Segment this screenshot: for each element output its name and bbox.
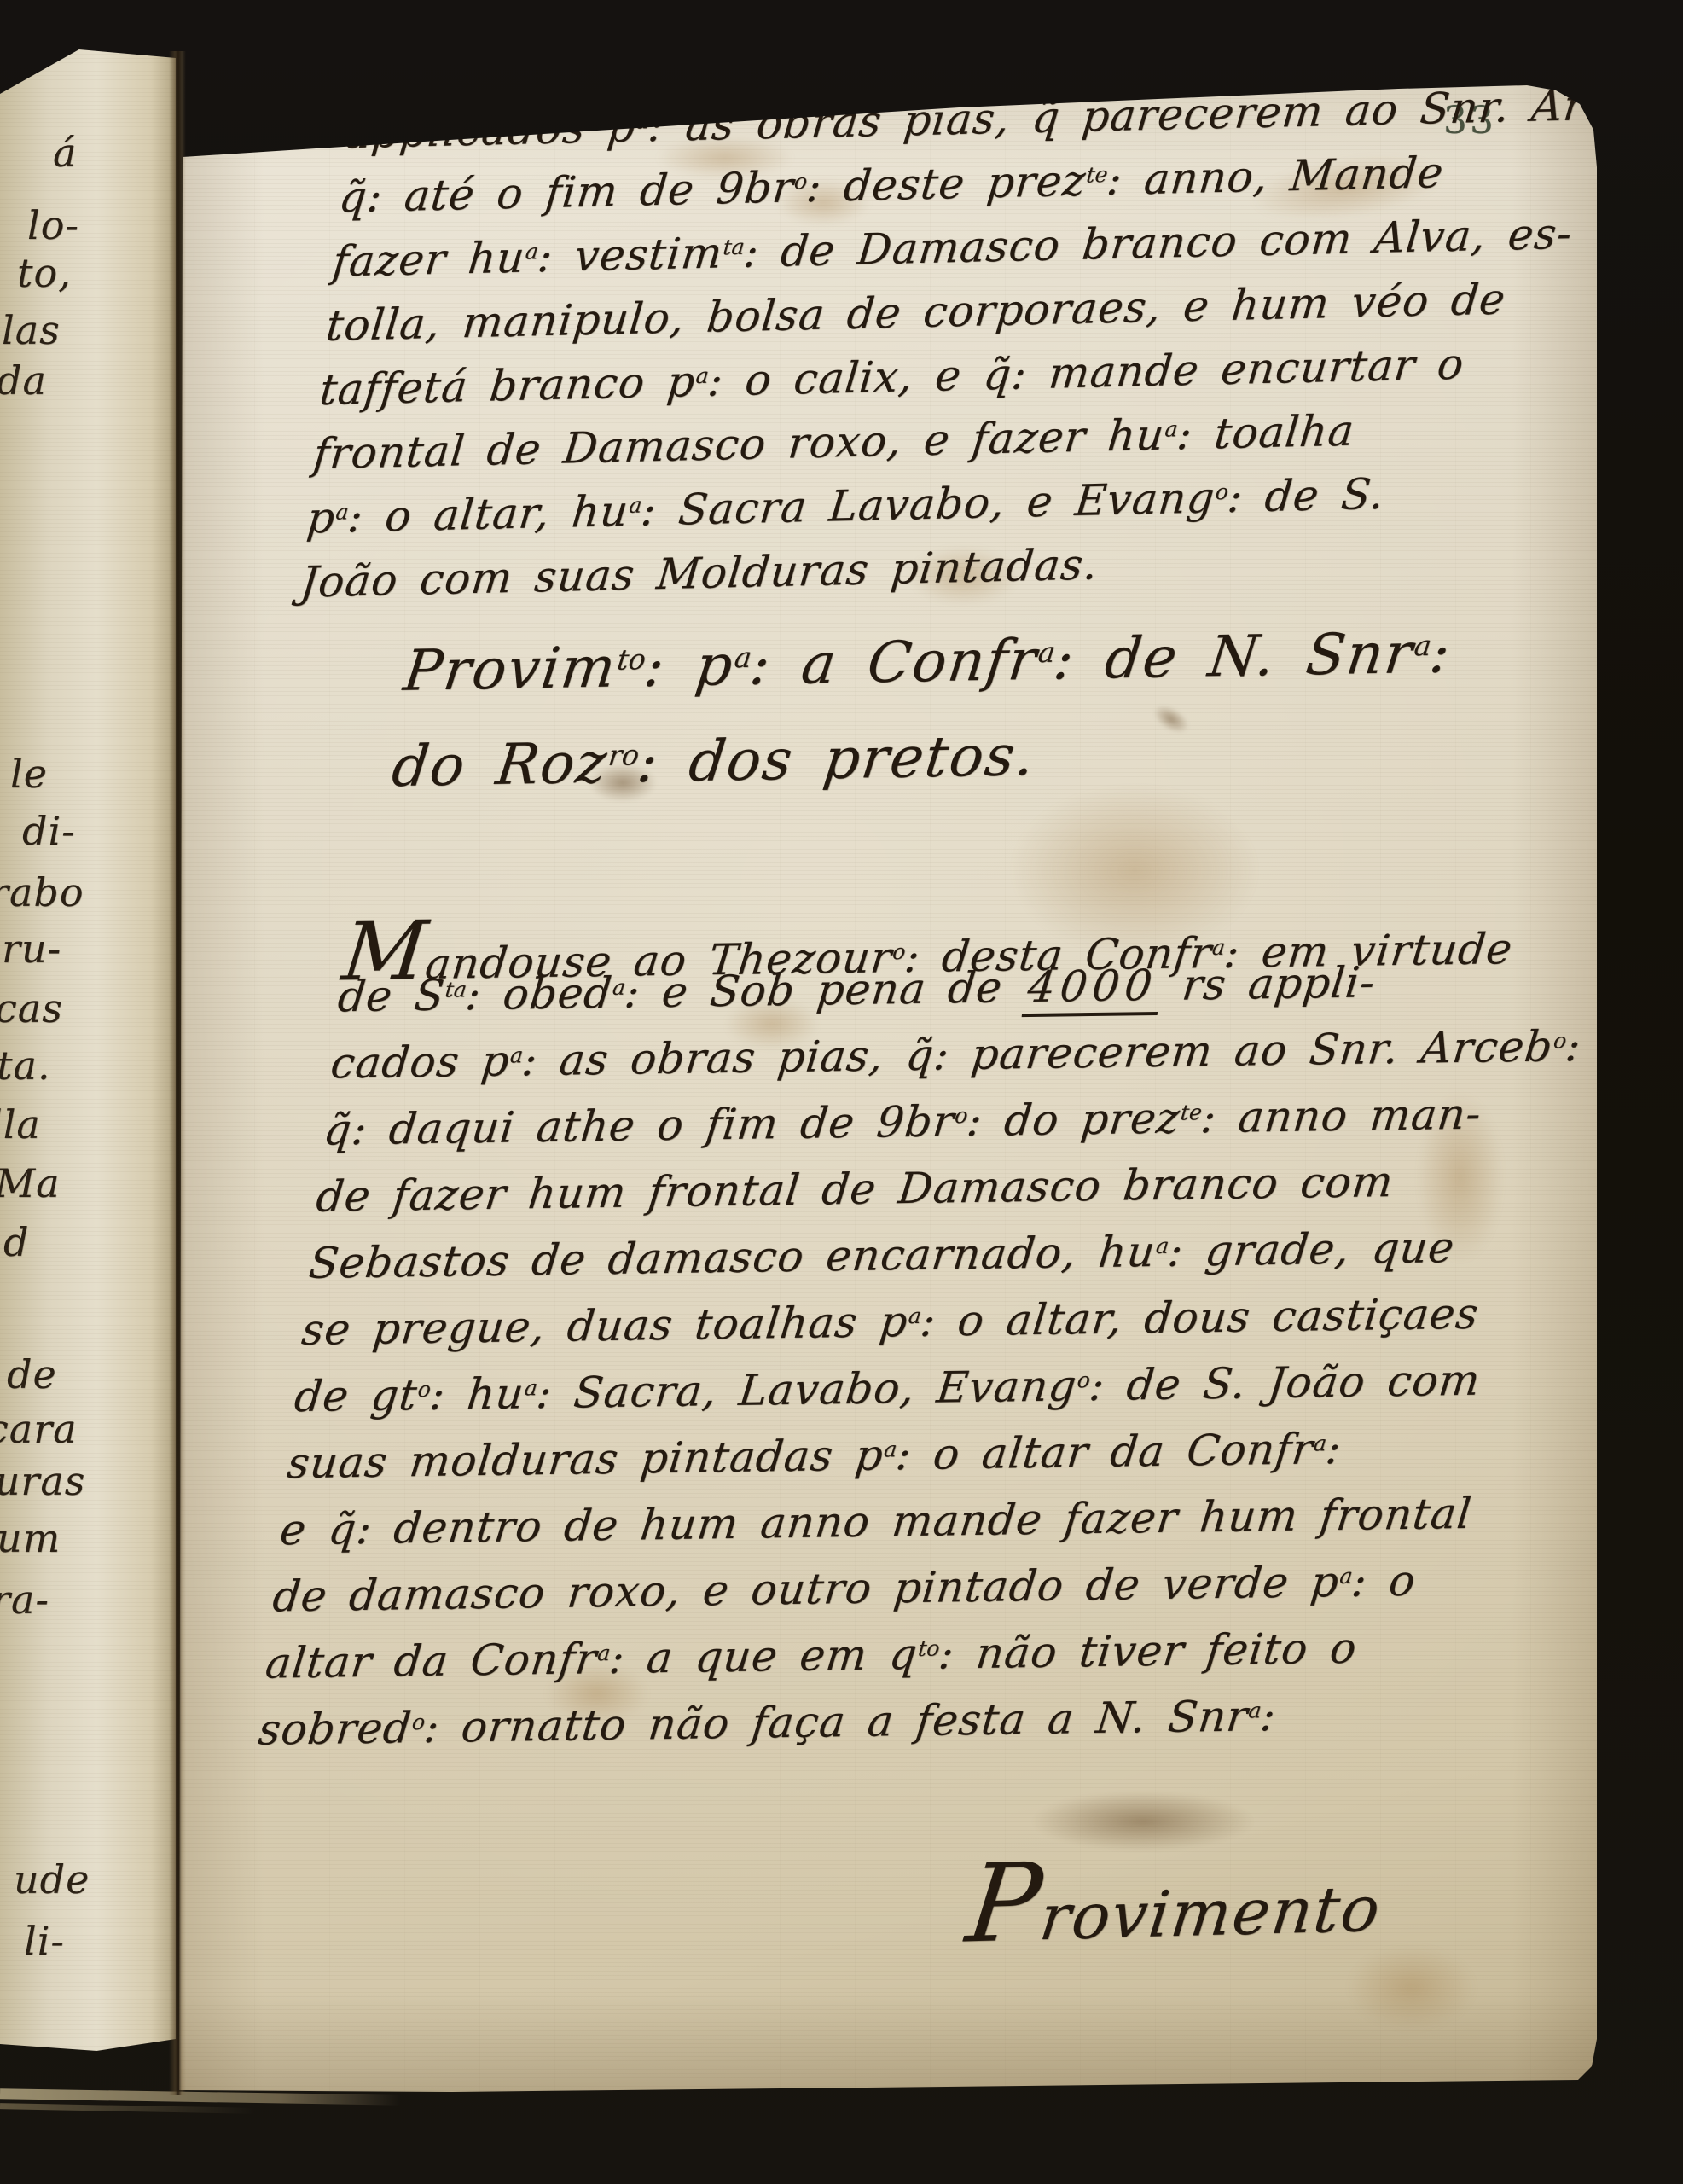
stain: [1348, 1945, 1476, 2030]
previous-page-edge: á lo- to, las da le di- rabo ru- cas ta.…: [0, 49, 176, 2099]
left-page-text-fragment: Ma: [0, 1160, 61, 1206]
heading-line: Provimto: pa: a Confra: de N. Snra:: [397, 619, 1455, 734]
page-stack-edge: [0, 2088, 401, 2105]
left-page-text-fragment: li-: [24, 1918, 65, 1964]
left-page-text-fragment: le: [10, 751, 48, 797]
text-line: Mandouse ao Thezouro: desta Confra: em v…: [341, 888, 1599, 973]
left-page-text-fragment: luras: [0, 1458, 85, 1504]
left-page-text-fragment: cas: [0, 985, 63, 1031]
left-page-text-fragment: um: [0, 1515, 61, 1561]
left-page-text-fragment: lla: [0, 1101, 41, 1147]
left-page-text-fragment: da: [0, 357, 47, 404]
left-page-text-fragment: de: [7, 1351, 57, 1397]
left-page-text-fragment: las: [2, 307, 61, 353]
left-page-text-fragment: ta.: [0, 1043, 51, 1089]
page-stack-edge: [0, 2103, 256, 2114]
penalty-amount: 4000: [1021, 961, 1163, 1017]
penalty-prefix: de Sta: obeda: e Sob pena de: [335, 962, 1027, 1021]
paragraph-2: Mandouse ao Thezouro: desta Confra: em v…: [254, 888, 1599, 1772]
manuscript-page: 33 applicados pa: as obras pias, q̃ pare…: [179, 85, 1597, 2092]
left-page-text-fragment: d: [3, 1219, 29, 1265]
left-page-text-fragment: rabo: [0, 869, 84, 915]
section-heading: Provimto: pa: a Confra: de N. Snra: do R…: [385, 619, 1455, 829]
photo-background: á lo- to, las da le di- rabo ru- cas ta.…: [0, 0, 1683, 2184]
paragraph-1: applicados pa: as obras pias, q̃ parecer…: [297, 78, 1679, 622]
left-page-text-fragment: ru-: [2, 926, 61, 972]
left-page-text-fragment: ude: [14, 1856, 90, 1902]
heading-line: do Rozro: dos pretos.: [385, 716, 1443, 830]
left-page-text-fragment: to,: [17, 250, 72, 296]
penalty-suffix: rs appli-: [1158, 957, 1378, 1010]
left-page-text-fragment: cara: [0, 1406, 78, 1452]
left-page-text-fragment: lo-: [27, 202, 79, 248]
left-page-text-fragment: di-: [22, 808, 76, 854]
gutter-shadow: [169, 51, 186, 2095]
left-page-text-fragment: ra-: [0, 1577, 49, 1623]
catchword: Provimento: [961, 1830, 1390, 1966]
left-page-text-fragment: á: [53, 130, 77, 176]
